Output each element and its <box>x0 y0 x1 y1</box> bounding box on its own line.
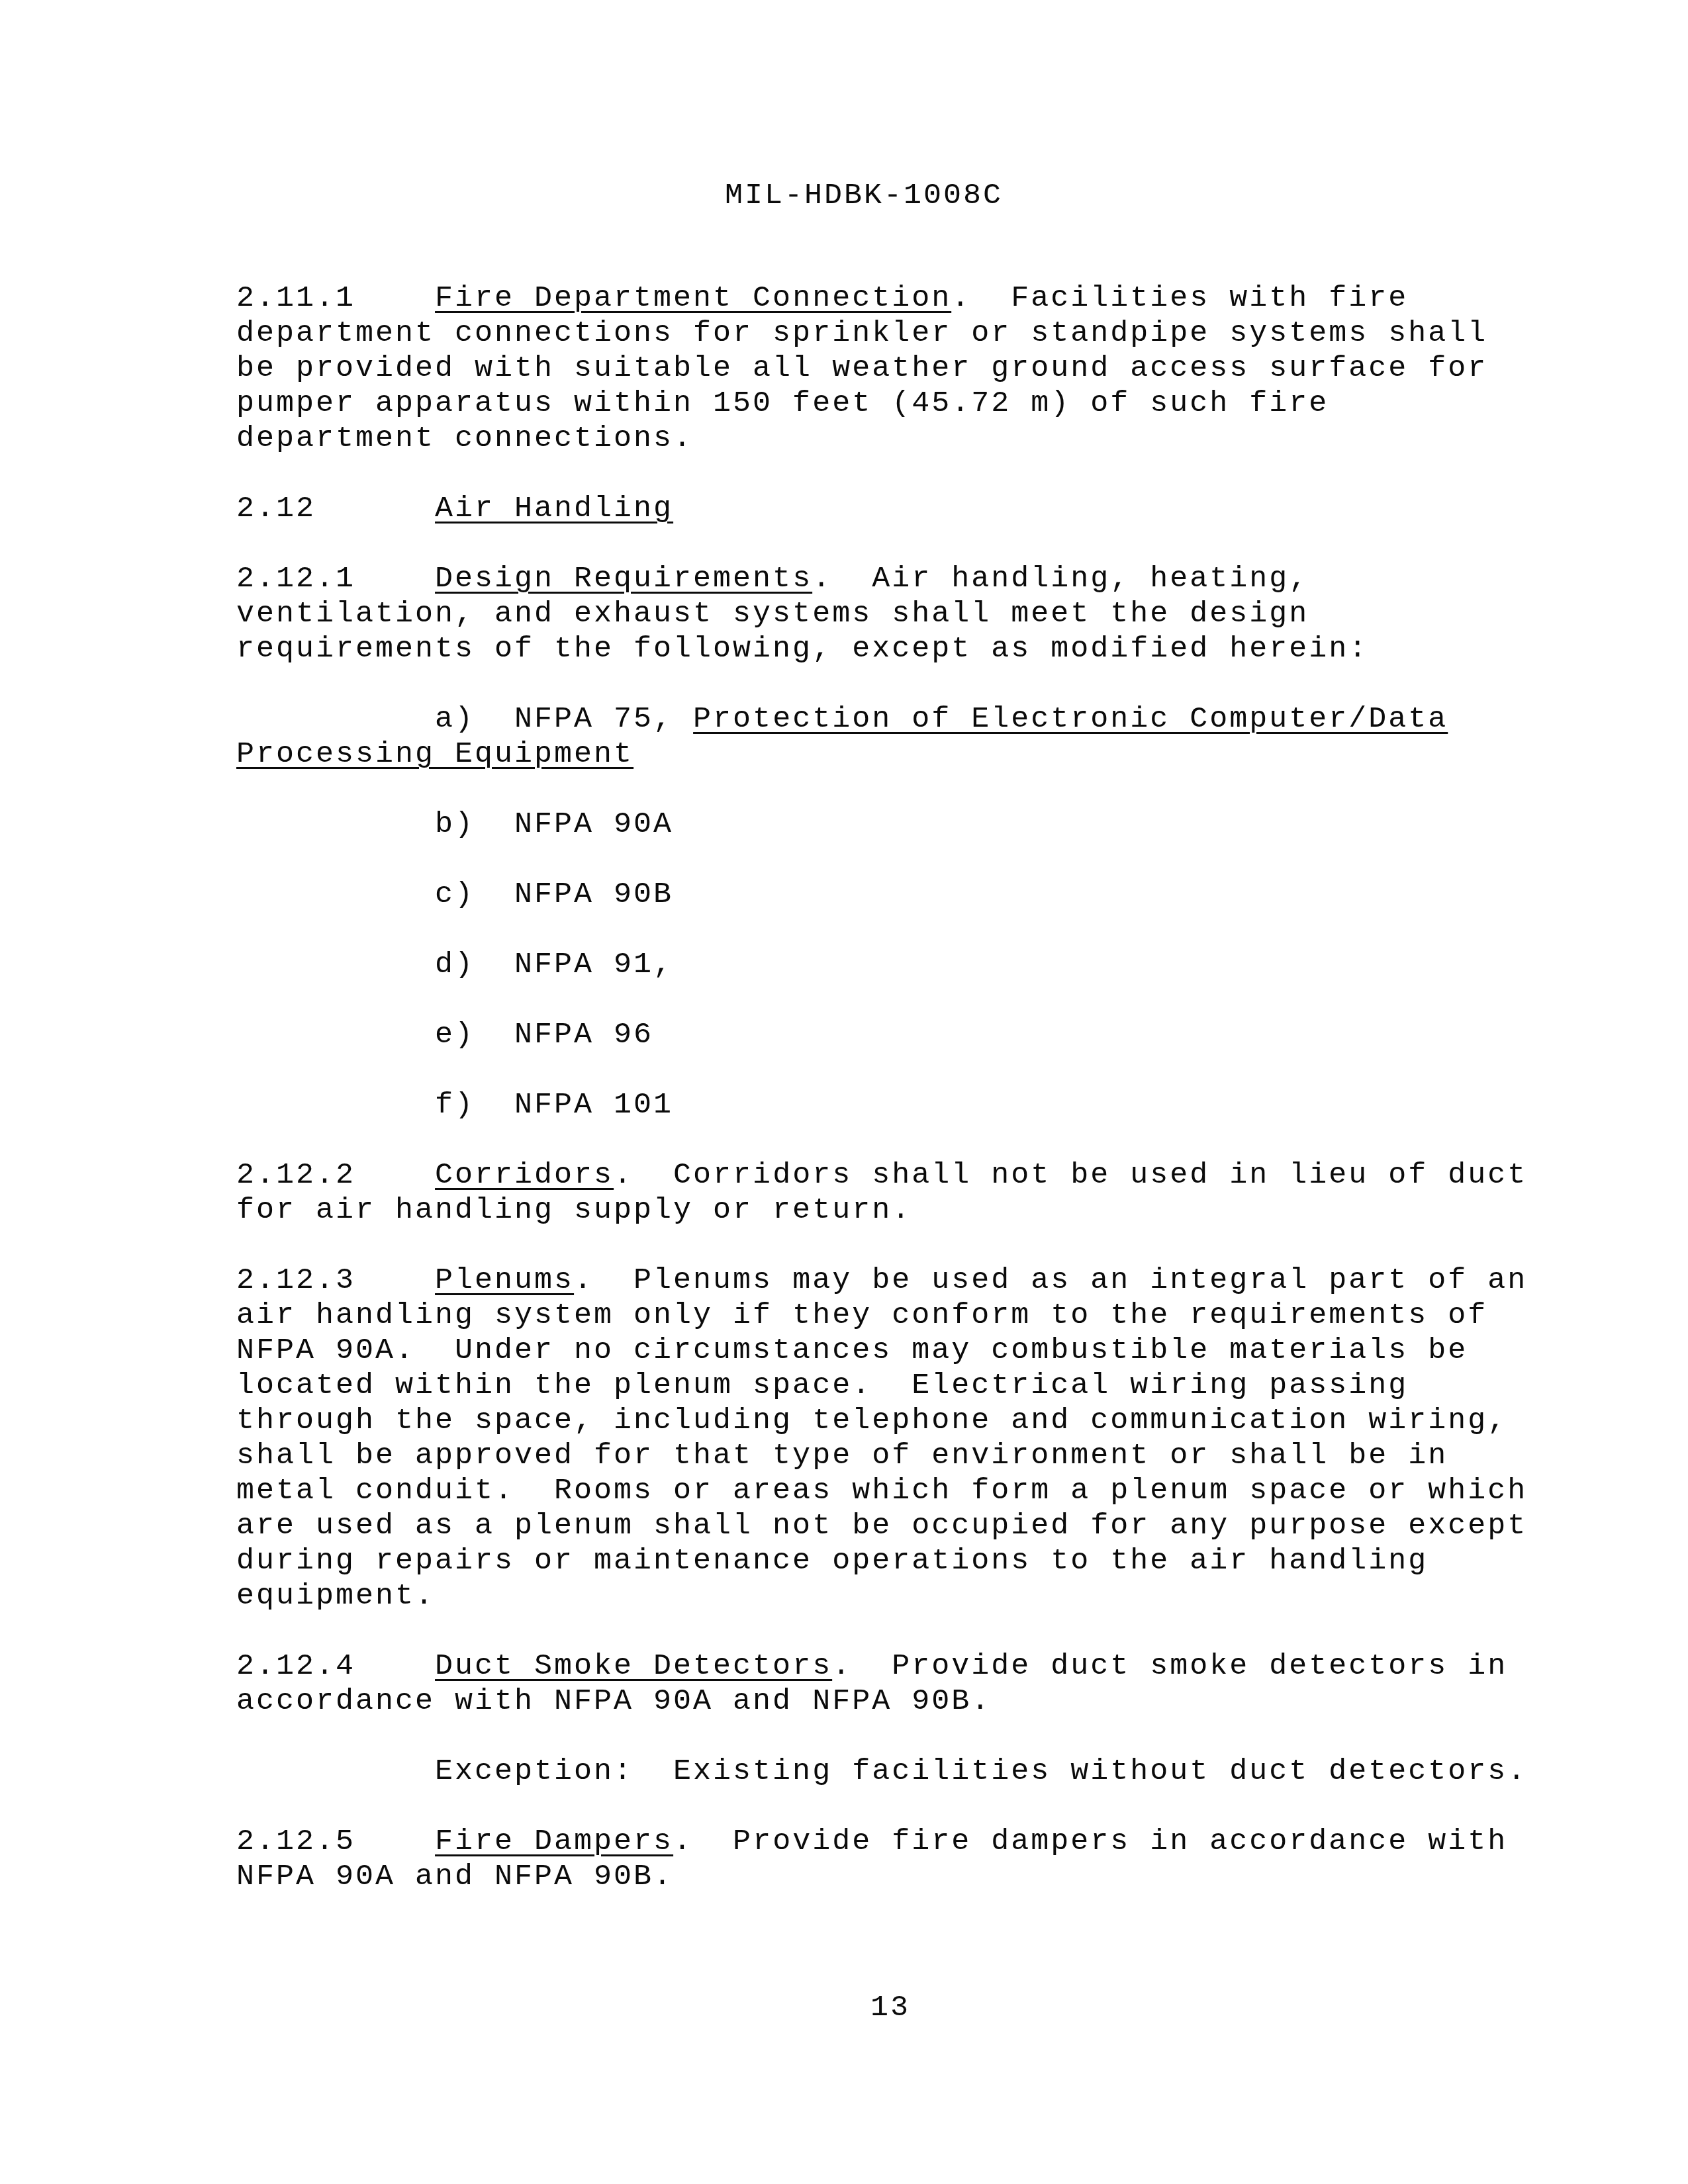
underlined-text: Fire Department Connection <box>435 281 951 315</box>
text-segment: 2.11.1 <box>236 281 435 315</box>
text-segment: equipment. <box>236 1579 435 1613</box>
text-line: Processing Equipment <box>236 737 1527 772</box>
para-2-12-2-corridors: 2.12.2 Corridors. Corridors shall not be… <box>236 1158 1527 1228</box>
text-line: equipment. <box>236 1578 1527 1614</box>
text-segment: department connections. <box>236 422 693 455</box>
text-segment: requirements of the following, except as… <box>236 632 1368 666</box>
document-page: MIL-HDBK-1008C 2.11.1 Fire Department Co… <box>0 0 1688 2184</box>
text-line: metal conduit. Rooms or areas which form… <box>236 1473 1527 1508</box>
text-segment: . Air handling, heating, <box>812 562 1309 596</box>
text-segment: located within the plenum space. Electri… <box>236 1369 1408 1402</box>
text-line: department connections. <box>236 421 1527 456</box>
text-segment: NFPA 90A. Under no circumstances may com… <box>236 1334 1468 1367</box>
text-line: 2.12.2 Corridors. Corridors shall not be… <box>236 1158 1527 1193</box>
text-segment: . Facilities with fire <box>951 281 1408 315</box>
text-line: Exception: Existing facilities without d… <box>236 1754 1527 1789</box>
text-line: accordance with NFPA 90A and NFPA 90B. <box>236 1684 1527 1719</box>
list-item-c-nfpa-90b: c) NFPA 90B <box>236 877 1527 912</box>
page-number: 13 <box>870 1991 910 2025</box>
underlined-text: Plenums <box>435 1263 574 1297</box>
text-line: f) NFPA 101 <box>236 1087 1527 1122</box>
text-line: requirements of the following, except as… <box>236 631 1527 666</box>
text-segment: 2.12.2 <box>236 1158 435 1192</box>
para-2-12-1-design-requirements: 2.12.1 Design Requirements. Air handling… <box>236 561 1527 666</box>
text-segment: shall be approved for that type of envir… <box>236 1439 1448 1473</box>
para-2-12-3-plenums: 2.12.3 Plenums. Plenums may be used as a… <box>236 1263 1527 1614</box>
text-segment: b) NFPA 90A <box>236 807 673 841</box>
para-2-12-4-duct-smoke-detectors: 2.12.4 Duct Smoke Detectors. Provide duc… <box>236 1649 1527 1719</box>
text-line: are used as a plenum shall not be occupi… <box>236 1508 1527 1543</box>
text-line: e) NFPA 96 <box>236 1017 1527 1052</box>
text-segment: 2.12.4 <box>236 1649 435 1683</box>
text-line: pumper apparatus within 150 feet (45.72 … <box>236 386 1527 421</box>
text-line: through the space, including telephone a… <box>236 1403 1527 1438</box>
text-line: 2.11.1 Fire Department Connection. Facil… <box>236 281 1527 316</box>
text-segment: . Plenums may be used as an integral par… <box>574 1263 1527 1297</box>
text-segment: 2.12.5 <box>236 1825 435 1858</box>
list-item-b-nfpa-90a: b) NFPA 90A <box>236 807 1527 842</box>
para-2-12-5-fire-dampers: 2.12.5 Fire Dampers. Provide fire damper… <box>236 1824 1527 1894</box>
text-segment: . Corridors shall not be used in lieu of… <box>614 1158 1527 1192</box>
text-segment: during repairs or maintenance operations… <box>236 1544 1428 1578</box>
text-segment: for air handling supply or return. <box>236 1193 912 1227</box>
para-2-11-1-fire-department-connection: 2.11.1 Fire Department Connection. Facil… <box>236 281 1527 456</box>
text-segment: NFPA 90A and NFPA 90B. <box>236 1860 673 1893</box>
text-line: b) NFPA 90A <box>236 807 1527 842</box>
text-segment: 2.12.3 <box>236 1263 435 1297</box>
text-segment: . Provide duct smoke detectors in <box>832 1649 1507 1683</box>
list-item-a-nfpa-75: a) NFPA 75, Protection of Electronic Com… <box>236 702 1527 772</box>
text-line: a) NFPA 75, Protection of Electronic Com… <box>236 702 1527 737</box>
text-line: shall be approved for that type of envir… <box>236 1438 1527 1473</box>
text-line: NFPA 90A and NFPA 90B. <box>236 1859 1527 1894</box>
text-segment: Exception: Existing facilities without d… <box>236 1754 1527 1788</box>
underlined-text: Duct Smoke Detectors <box>435 1649 832 1683</box>
text-line: 2.12.3 Plenums. Plenums may be used as a… <box>236 1263 1527 1298</box>
text-segment: d) NFPA 91, <box>236 948 673 981</box>
text-segment: a) NFPA 75, <box>236 702 693 736</box>
text-segment: air handling system only if they conform… <box>236 1298 1487 1332</box>
text-line: located within the plenum space. Electri… <box>236 1368 1527 1403</box>
text-segment: accordance with NFPA 90A and NFPA 90B. <box>236 1684 991 1718</box>
underlined-text: Processing Equipment <box>236 737 633 771</box>
text-segment: department connections for sprinkler or … <box>236 316 1487 350</box>
document-body: 2.11.1 Fire Department Connection. Facil… <box>236 281 1527 1929</box>
text-line: during repairs or maintenance operations… <box>236 1543 1527 1578</box>
text-segment: ventilation, and exhaust systems shall m… <box>236 597 1309 631</box>
text-segment: e) NFPA 96 <box>236 1018 653 1052</box>
text-segment: through the space, including telephone a… <box>236 1404 1507 1437</box>
text-line: department connections for sprinkler or … <box>236 316 1527 351</box>
text-segment: c) NFPA 90B <box>236 878 673 911</box>
text-segment: 2.12.1 <box>236 562 435 596</box>
document-header-title: MIL-HDBK-1008C <box>725 179 1003 212</box>
text-line: ventilation, and exhaust systems shall m… <box>236 596 1527 631</box>
text-line: 2.12.1 Design Requirements. Air handling… <box>236 561 1527 596</box>
list-item-e-nfpa-96: e) NFPA 96 <box>236 1017 1527 1052</box>
underlined-text: Protection of Electronic Computer/Data <box>693 702 1448 736</box>
text-segment: 2.12 <box>236 492 435 525</box>
underlined-text: Fire Dampers <box>435 1825 673 1858</box>
underlined-text: Corridors <box>435 1158 614 1192</box>
text-segment: be provided with suitable all weather gr… <box>236 351 1487 385</box>
text-line: for air handling supply or return. <box>236 1193 1527 1228</box>
text-line: be provided with suitable all weather gr… <box>236 351 1527 386</box>
list-item-d-nfpa-91: d) NFPA 91, <box>236 947 1527 982</box>
text-line: 2.12.5 Fire Dampers. Provide fire damper… <box>236 1824 1527 1859</box>
text-segment: are used as a plenum shall not be occupi… <box>236 1509 1527 1543</box>
heading-2-12-air-handling: 2.12 Air Handling <box>236 491 1527 526</box>
text-line: 2.12 Air Handling <box>236 491 1527 526</box>
text-line: d) NFPA 91, <box>236 947 1527 982</box>
text-segment: f) NFPA 101 <box>236 1088 673 1122</box>
text-line: NFPA 90A. Under no circumstances may com… <box>236 1333 1527 1368</box>
text-line: c) NFPA 90B <box>236 877 1527 912</box>
text-segment: metal conduit. Rooms or areas which form… <box>236 1474 1527 1508</box>
text-segment: . Provide fire dampers in accordance wit… <box>673 1825 1507 1858</box>
underlined-text: Air Handling <box>435 492 673 525</box>
list-item-f-nfpa-101: f) NFPA 101 <box>236 1087 1527 1122</box>
text-segment: pumper apparatus within 150 feet (45.72 … <box>236 387 1329 420</box>
underlined-text: Design Requirements <box>435 562 812 596</box>
text-line: 2.12.4 Duct Smoke Detectors. Provide duc… <box>236 1649 1527 1684</box>
text-line: air handling system only if they conform… <box>236 1298 1527 1333</box>
para-exception: Exception: Existing facilities without d… <box>236 1754 1527 1789</box>
